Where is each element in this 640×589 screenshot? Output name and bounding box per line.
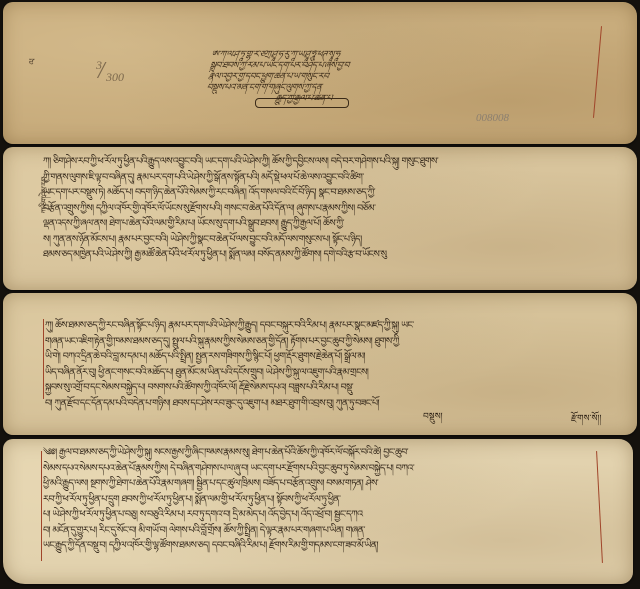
title-line: སྒྲུབ་ཐབས་ཀྱི་རིམ་པ་ཡང་དག་པར་བཤད་པ་ཞེས་བ…: [209, 61, 501, 72]
folio-2: ཀ་ཅིག་ཤེས་རབ ཀ། ཅིག་ཤེས་རབ་ཀྱི་ཕ་རོལ་ཏུ་…: [3, 147, 637, 290]
text-line: སྐྱབས་སུ་འགྲོ་བ་དང་སེམས་བསྐྱེད་པ། བསགས་པ…: [45, 380, 605, 396]
footer-center-note: བསྡུས།: [423, 407, 443, 432]
title-line: ༀ་ཀ་ལ་ཤི་ཏཱ་གྷ་རི་ཙཀྲ་ཤྲཱི་ཧེ་རུ་ཀཱ་ཡ་ཤྲ…: [210, 50, 502, 61]
folio-3-text: ཀུ། ཆོས་ཐམས་ཅད་ཀྱི་རང་བཞིན་སྟོང་པ་ཉིད། ར…: [45, 318, 605, 411]
volume-slash: /: [98, 58, 105, 85]
text-line: ས། ཀུན་ནས་ཉོན་མོངས་པ། རྣམ་པར་བྱང་བའི། ཡེ…: [43, 232, 603, 248]
title-line: བསྡུས་པའི་མན་ངག་གི་གཞུང་ལུགས་ཀྱི་དོན: [206, 83, 498, 94]
text-line: ཡི་གེ། བཀའ་དྲིན་ཆེ་བའི་བླ་མ་དམ་པ། མཆོད་པ…: [45, 349, 605, 365]
title-cartouche: [255, 98, 349, 108]
text-line: བ། ཀུན་རྫོབ་དང་དོན་དམ་པའི་བདེན་པ་གཉིས། ཐ…: [45, 396, 605, 412]
text-line: བ། མངོན་དུ་གྱུར་པ། རིང་དུ་སོང་བ། མི་གཡོ་…: [43, 523, 599, 539]
text-line: ཡིད་བཞིན་ནོར་བུ། ཕྱི་ནང་གསང་བའི་མཆོད་པ། …: [45, 365, 605, 381]
text-line: བརྩོན་འགྲུས་ཀྱིས། དཀྱིལ་འཁོར་གྱི་འཁོར་ལོ…: [43, 201, 603, 217]
cursive-title: ༀ་ཀ་ལ་ཤི་ཏཱ་གྷ་རི་ཙཀྲ་ཤྲཱི་ཧེ་རུ་ཀཱ་ཡ་ཤྲ…: [204, 50, 502, 105]
folio-3: ཀུ། ཆོས་ཐམས་ཅད་ཀྱི་རང་བཞིན་སྟོང་པ་ཉིད། ར…: [3, 293, 637, 435]
text-line: ལྡན་འདས་ཀྱི་ཞལ་ནས། ཐེག་པ་ཆེན་པོའི་ལམ་གྱི…: [43, 216, 603, 232]
text-line: ཀ། ཅིག་ཤེས་རབ་ཀྱི་ཕ་རོལ་ཏུ་ཕྱིན་པའི་རྒྱུ…: [43, 154, 603, 170]
folio-4-text: ༄༅། རྒྱལ་བ་ཐམས་ཅད་ཀྱི་ཡེ་ཤེས་ཀྱི་སྐུ། སང…: [43, 445, 599, 554]
text-line: པ། ཡེ་ཤེས་ཀྱི་ཕ་རོལ་ཏུ་ཕྱིན་པ་བཅུ། ས་བཅུ…: [43, 507, 599, 523]
folio-title-page: ལ 3 / 300 ༀ་ཀ་ལ་ཤི་ཏཱ་གྷ་རི་ཙཀྲ་ཤྲཱི་ཧེ་…: [3, 2, 637, 144]
pencil-volume-note: 3 / 300: [96, 58, 102, 73]
footer-right-note: རྫོགས་སོ།།: [571, 409, 602, 434]
title-line: རྣལ་འབྱོར་གྱི་དབང་ཕྱུག་ཆེན་པོ་ཡི་གསུང་རབ: [207, 72, 499, 83]
text-line: ཐམས་ཅད་མཁྱེན་པའི་ཡེ་ཤེས་ཀྱི། རྒྱ་མཚོ་ཆེན…: [43, 247, 603, 263]
text-line: ཡང་རྒྱུད་ཀྱི་དོན་བསྡུ་བ། དཀྱིལ་འཁོར་གྱི་…: [43, 538, 599, 554]
red-margin-rule-left: [41, 451, 42, 561]
text-line: རབ་ཀྱི་ཕ་རོལ་ཏུ་ཕྱིན་པ་དྲུག ཐབས་ཀྱི་ཕ་རོ…: [43, 492, 599, 508]
text-line: ༄༅། རྒྱལ་བ་ཐམས་ཅད་ཀྱི་ཡེ་ཤེས་ཀྱི་སྐུ། སང…: [43, 445, 599, 461]
text-line: གཞན་ཡང་འཇིག་རྟེན་གྱི་ཁམས་ཐམས་ཅད་དུ། སྤྲུ…: [45, 334, 605, 350]
red-margin-rule: [593, 26, 602, 118]
margin-mark: ལ: [24, 58, 49, 64]
volume-denominator: 300: [106, 70, 124, 85]
text-line: སེམས་དཔའ་སེམས་དཔའ་ཆེན་པོ་རྣམས་ཀྱིས། དེ་བ…: [43, 461, 599, 477]
text-line: ཡང་དག་པར་བསྡུས་ཏེ། མཆོད་པ། བདག་ཉིད་ཆེན་པ…: [43, 185, 603, 201]
catalog-number: 008008: [476, 112, 509, 124]
folio-4: ༄༅། རྒྱལ་བ་ཐམས་ཅད་ཀྱི་ཡེ་ཤེས་ཀྱི་སྐུ། སང…: [3, 439, 633, 584]
text-line: ཀྱི་གནས་ལུགས་ཇི་ལྟ་བ་བཞིན་དུ། རྣམ་པར་དག་…: [43, 170, 603, 186]
red-margin-rule: [43, 319, 44, 399]
title-line: རྒྱུད་ཀྱི་རྒྱལ་པོ་ཆེན་པོ: [204, 94, 496, 105]
folio-2-text: ཀ། ཅིག་ཤེས་རབ་ཀྱི་ཕ་རོལ་ཏུ་ཕྱིན་པའི་རྒྱུ…: [43, 154, 603, 263]
text-line: ཕྱི་མའི་རྒྱུད་ལས། སྔགས་ཀྱི་ཐེག་པ་ཆེན་པོའ…: [43, 476, 599, 492]
text-line: ཀུ། ཆོས་ཐམས་ཅད་ཀྱི་རང་བཞིན་སྟོང་པ་ཉིད། ར…: [45, 318, 605, 334]
